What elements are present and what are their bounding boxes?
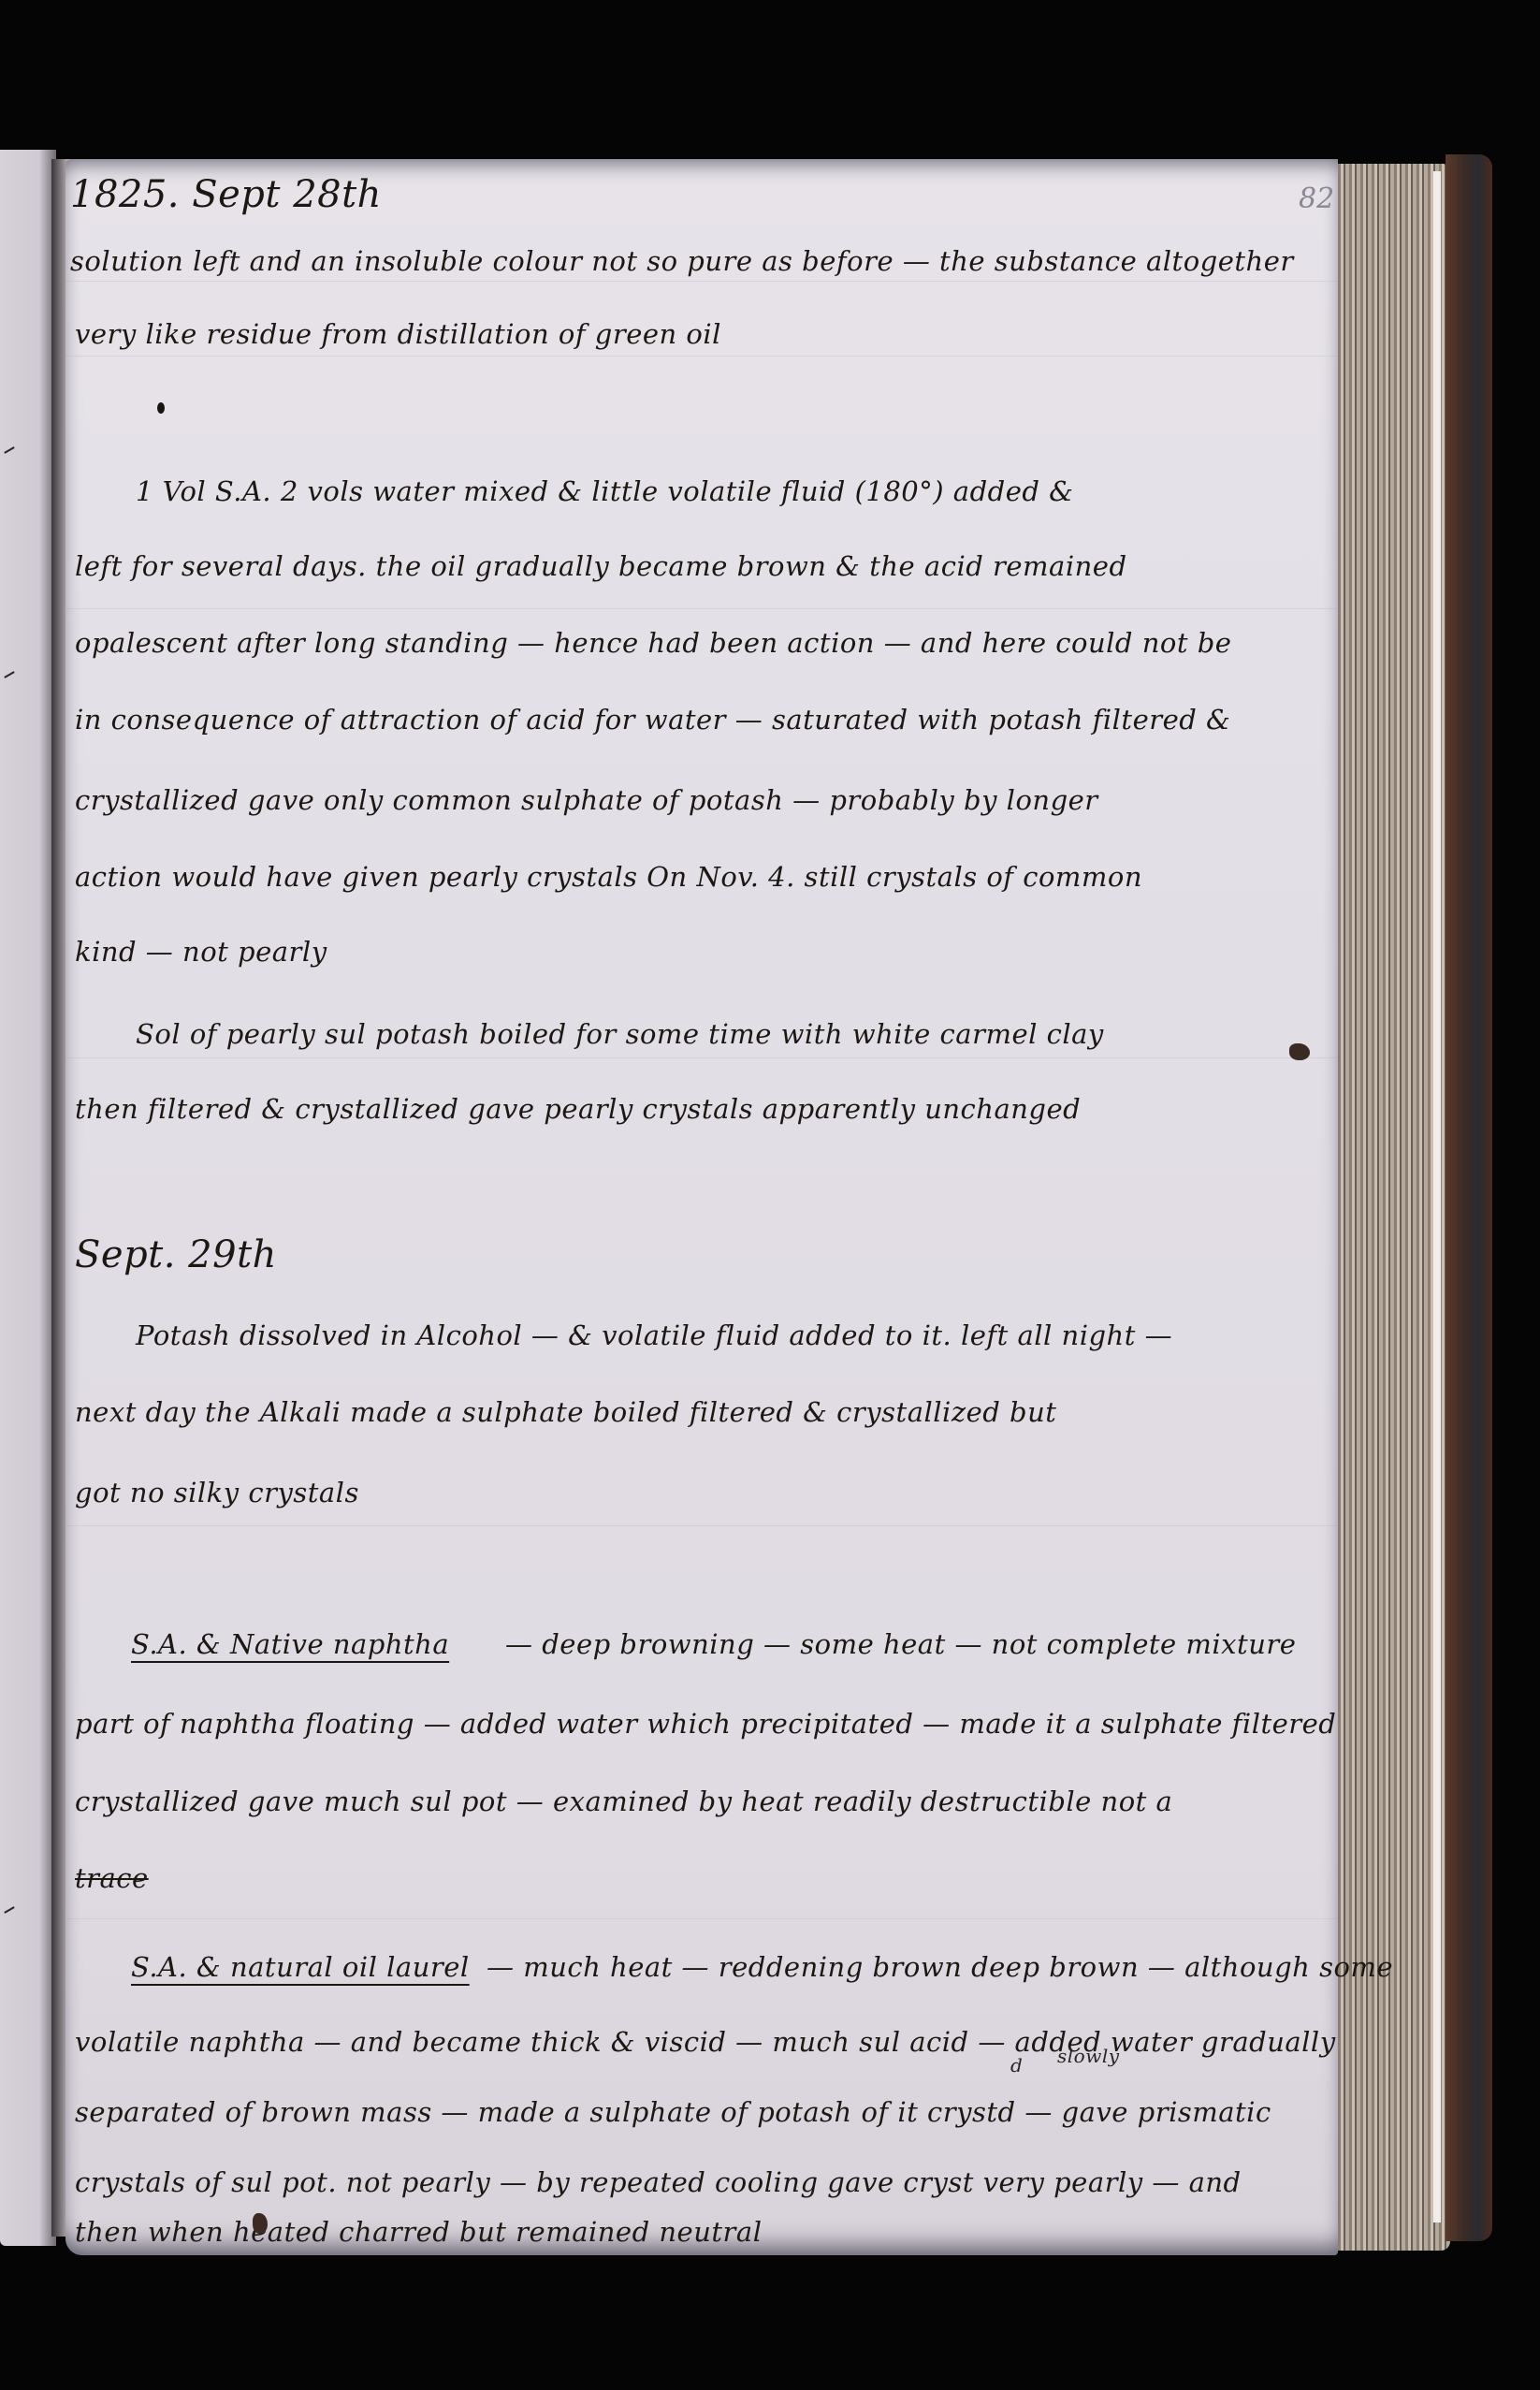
ruled-line [65, 1525, 1338, 1526]
book-cover-edge [1446, 154, 1492, 2241]
facing-page-edge [0, 150, 56, 2246]
text-line: action would have given pearly crystals … [75, 861, 1142, 893]
ruled-line [65, 281, 1338, 282]
ink-blot [1289, 1043, 1310, 1060]
text-line: 1 Vol S.A. 2 vols water mixed & little v… [136, 475, 1073, 507]
ruled-line [65, 608, 1338, 609]
text-line: very like residue from distillation of g… [75, 318, 721, 350]
text-line: in consequence of attraction of acid for… [75, 704, 1230, 736]
ink-dot [157, 402, 165, 414]
text-line: volatile naphtha — and became thick & vi… [75, 2026, 1336, 2058]
interlinear-insertion: d [1010, 2054, 1023, 2077]
text-line: separated of brown mass — made a sulphat… [75, 2096, 1271, 2128]
text-line: left for several days. the oil gradually… [75, 550, 1127, 582]
text-line: trace [75, 1862, 149, 1894]
interlinear-insertion: slowly [1057, 2045, 1120, 2067]
notebook-page [65, 159, 1338, 2255]
text-line: then filtered & crystallized gave pearly… [75, 1093, 1081, 1125]
facing-page-ink-mark [4, 1906, 14, 1914]
facing-page-ink-mark [4, 671, 14, 678]
entry-date-heading: Sept. 29th [75, 1233, 277, 1276]
text-line: crystals of sul pot. not pearly — by rep… [75, 2166, 1242, 2198]
text-line: next day the Alkali made a sulphate boil… [75, 1396, 1056, 1428]
text-line: — much heat — reddening brown deep brown… [487, 1951, 1393, 1983]
text-line: kind — not pearly [75, 936, 327, 968]
manuscript-scan: 82 1825. Sept 28th solution left and an … [0, 0, 1540, 2390]
text-line: got no silky crystals [75, 1477, 359, 1508]
entry-date-heading: 1825. Sept 28th [70, 173, 382, 216]
text-line: crystallized gave only common sulphate o… [75, 784, 1098, 816]
section-heading: S.A. & Native naphtha [131, 1628, 449, 1660]
text-line: Potash dissolved in Alcohol — & volatile… [136, 1319, 1172, 1351]
text-line: then when heated charred but remained ne… [75, 2216, 762, 2248]
text-line: opalescent after long standing — hence h… [75, 627, 1231, 659]
text-line: Sol of pearly sul potash boiled for some… [136, 1018, 1104, 1050]
text-line: part of naphtha floating — added water w… [75, 1708, 1336, 1740]
ruled-line [65, 356, 1338, 357]
ink-blot [253, 2213, 268, 2234]
text-line: solution left and an insoluble colour no… [70, 245, 1294, 277]
section-heading: S.A. & natural oil laurel [131, 1951, 470, 1983]
ruled-line [65, 1057, 1338, 1058]
ruled-line [65, 1918, 1338, 1919]
text-line: crystallized gave much sul pot — examine… [75, 1785, 1172, 1817]
facing-page-ink-mark [4, 446, 14, 454]
page-block-edges [1338, 164, 1450, 2251]
page-number: 82 [1299, 182, 1334, 215]
text-line: — deep browning — some heat — not comple… [505, 1628, 1296, 1660]
